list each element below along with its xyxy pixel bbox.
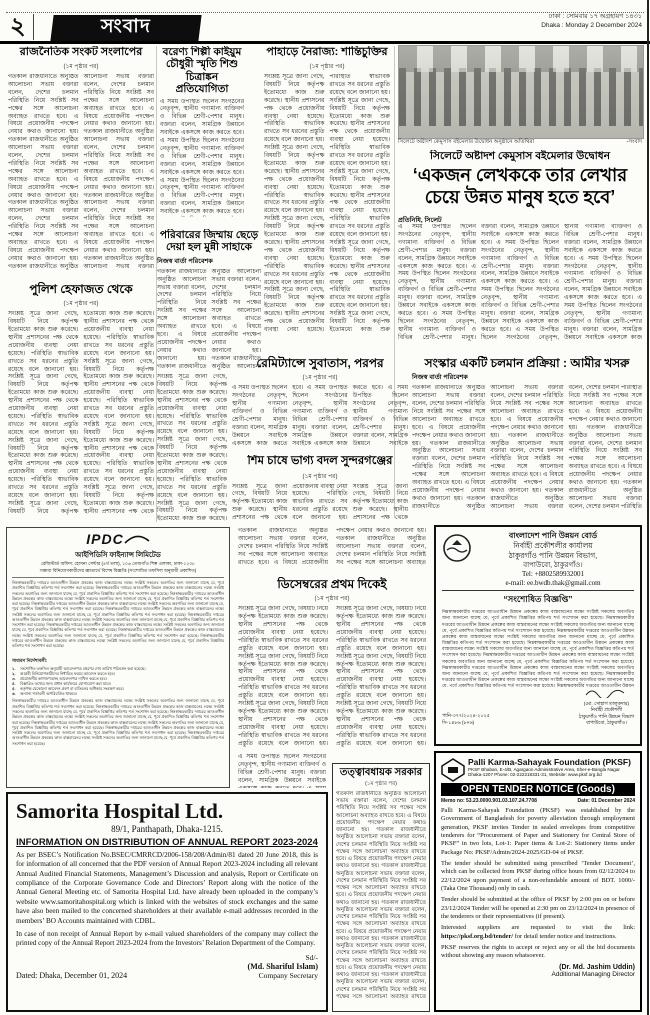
samorita-sd: Sd/- — [248, 953, 318, 962]
article-body: এ সময় উপস্থিত ছিলেন সংগঠনের নেতৃবৃন্দ, … — [232, 385, 408, 453]
ipdc-address: রেজিস্টার্ড অফিস: হোসনা সেন্টার (৪র্থ তল… — [12, 561, 224, 568]
pksf-signer-name: (Dr. Md. Jashim Uddin) — [441, 964, 635, 971]
ipdc-note: সম্ভাব্য বিনিয়োগকারীদের জ্ঞাতার্থে বিশে… — [12, 568, 224, 578]
ipdc-logo-text: IPDC — [86, 531, 123, 547]
bookfair-body: এ সময় উপস্থিত ছিলেন সংগঠনের নেতৃবৃন্দ, … — [398, 224, 642, 350]
samorita-signer-name: (Md. Shariful Islam) — [248, 962, 318, 971]
continued-from-note: (১ম পৃষ্ঠার পর) — [8, 61, 154, 72]
bwdb-org-name: বাংলাদেশ পানি উন্নয়ন বোর্ড — [472, 531, 634, 541]
article-political-crisis: রাজনৈতিক সংকট সংলাপের (১ম পৃষ্ঠার পর) গত… — [8, 46, 154, 276]
bwdb-logo-icon — [442, 533, 472, 563]
pksf-p4-post: for detail tender notice and instruction… — [513, 933, 616, 940]
samorita-paragraph-1: As per BSEC’s Notification No.BSEC/CMRRC… — [16, 851, 318, 926]
continued-from-note: (১ম পৃষ্ঠার পর) — [238, 593, 426, 604]
pksf-paragraph-3: Tender should be submitted at the office… — [441, 896, 635, 921]
samorita-address: 89/1, Panthapath, Dhaka-1215. — [16, 824, 318, 834]
continued-from-note: (১ম পৃষ্ঠার পর) — [232, 471, 408, 482]
continued-from-note: (১ম পৃষ্ঠার পর) — [264, 61, 390, 72]
samorita-title: Samorita Hospital Ltd. — [16, 799, 318, 824]
ipdc-logo: IPDC — [12, 531, 224, 549]
bwdb-ref-2: সি-১৪৮৬ (৮×৬) — [442, 721, 490, 728]
pksf-signature-block: (Dr. Md. Jashim Uddin) Additional Managi… — [441, 964, 635, 978]
bookfair-photo — [398, 45, 644, 139]
article-munni-saha: পরিবারের জিম্মায় ছেড়ে দেয়া হল মুন্নী … — [157, 229, 261, 375]
ipdc-company-name: আইপিডিসি ফাইন্যান্স লিমিটেড — [12, 549, 224, 561]
bwdb-phone: Tel: +8802589932001 — [472, 570, 634, 579]
article-lead-in: গতকাল রাজধানীতে অনুষ্ঠিত আলোচনা সভায় বক… — [238, 528, 426, 572]
samorita-paragraph-2: In case of non receipt of Annual Report … — [16, 930, 318, 949]
pksf-title: Palli Karma-Sahayak Foundation (PKSF) — [468, 757, 635, 767]
article-byline: নিজস্ব বার্তা পরিবেশক — [412, 372, 642, 383]
bwdb-ad: বাংলাদেশ পানি উন্নয়ন বোর্ড নির্বাহী প্র… — [434, 525, 642, 746]
article-headline: বরেণ্য শিল্পী কাইয়ুম চৌধুরী স্মৃতি শিশু… — [160, 46, 244, 96]
photo-caption-row: সিলেটে অষ্টাদশ কেমুসাস বইমেলার উদ্বোধন অ… — [398, 139, 642, 147]
pksf-memo-no: Memo no: 53.23.0000.901.03.107.24.7708 — [441, 798, 537, 804]
bwdb-header: বাংলাদেশ পানি উন্নয়ন বোর্ড নির্বাহী প্র… — [442, 531, 634, 588]
bwdb-notice-heading: “সংশোধিত বিজ্ঞপ্তি” — [442, 590, 634, 607]
article-headline: সংস্কার একটি চলমান প্রক্রিয়া : আমীর খসর… — [412, 356, 642, 370]
continued-from-note: (১ম পৃষ্ঠার পর) — [232, 372, 408, 383]
edition-dates: ঢাকা : সোমবার ১৭ অগ্রহায়ণ ১৪৩১ Dhaka : … — [442, 13, 642, 31]
article-body: গতকাল রাজধানীতে অনুষ্ঠিত আলোচনা সভায় বক… — [8, 74, 154, 276]
article-headline: রেমিট্যান্সে সুবাতাস, পরপর — [232, 356, 408, 370]
continued-from-note: (১ম পৃষ্ঠার পর) — [336, 781, 426, 789]
article-hill-anarchy: পাহাড়ে নৈরাজ্য: শান্তিচুক্তির (১ম পৃষ্ঠ… — [264, 46, 390, 342]
samorita-ad: Samorita Hospital Ltd. 89/1, Panthapath,… — [6, 792, 328, 1012]
article-body: এ সময় উপস্থিত ছিলেন সংগঠনের নেতৃবৃন্দ, … — [238, 754, 326, 788]
article-december-tail: এ সময় উপস্থিত ছিলেন সংগঠনের নেতৃবৃন্দ, … — [238, 754, 326, 788]
article-body: এ সময় উপস্থিত ছিলেন সংগঠনের নেতৃবৃন্দ, … — [160, 99, 244, 217]
newspaper-page: ২ সংবাদ ঢাকা : সোমবার ১৭ অগ্রহায়ণ ১৪৩১ … — [0, 0, 650, 1015]
pksf-notice-bar: OPEN TENDER NOTICE (Goods) — [441, 783, 635, 796]
pksf-p4-pre: Interested suppliers are requested to vi… — [441, 924, 635, 931]
ipdc-body-text: নিম্নস্বাক্ষরকারীর দপ্তরের আওতাধীন উন্নয… — [12, 580, 224, 656]
article-body: সংশ্লিষ্ট সূত্রে জানা গেছে, বিষয়টি নিয়… — [157, 374, 227, 522]
ipdc-subhead: সাধারণ নির্দেশাবলী: — [12, 658, 224, 665]
pksf-paragraph-5: PKSF reserves the rights to accept or re… — [441, 944, 635, 961]
article-police-custody: পুলিশ হেফাজত থেকে (১ম পৃষ্ঠার পর) সংশ্লি… — [8, 282, 154, 519]
masthead-title: সংবাদ — [101, 12, 151, 44]
photo-caption: সিলেটে অষ্টাদশ কেমুসাস বইমেলার উদ্বোধন অ… — [398, 139, 534, 147]
bookfair-kicker: সিলেটে অষ্টাদশ কেমুসাস বইমেলার উদ্বোধন — [398, 150, 642, 162]
article-body: সংশ্লিষ্ট সূত্রে জানা গেছে, বিষয়টি নিয়… — [232, 484, 408, 524]
article-reform-khasru: সংস্কার একটি চলমান প্রক্রিয়া : আমীর খসর… — [412, 356, 642, 517]
article-body: সংশ্লিষ্ট সূত্রে জানা গেছে, বিষয়টি নিয়… — [238, 606, 426, 754]
continued-from-note: (১ম পৃষ্ঠার পর) — [8, 298, 154, 309]
article-artist-competition: বরেণ্য শিল্পী কাইয়ুম চৌধুরী স্মৃতি শিশু… — [160, 46, 244, 217]
article-body: সংশ্লিষ্ট সূত্রে জানা গেছে, বিষয়টি নিয়… — [264, 74, 390, 342]
bwdb-signature-block: (মো. সোহাগ তালুকদার) নির্বাহী প্রকৌশলী ঠ… — [579, 689, 634, 727]
masthead-logo: সংবাদ — [50, 15, 201, 41]
article-body: সংশ্লিষ্ট সূত্রে জানা গেছে, বিষয়টি নিয়… — [8, 311, 154, 519]
samorita-signature-block: Sd/- (Md. Shariful Islam) Company Secret… — [248, 953, 318, 980]
pksf-tender-link[interactable]: https://pksf.org.bd/tender/ — [441, 933, 513, 940]
bwdb-email-link[interactable]: e-mail: ee.bwdb.thak@gmail.com — [472, 579, 634, 588]
samorita-signer-title: Company Secretary — [248, 971, 318, 980]
article-headline: শিম চাষে ভাগ্য বদল সুন্দরগঞ্জের — [232, 455, 408, 469]
bwdb-signer-location: বাপাউবো, ঠাকুরগাঁও। — [579, 721, 634, 727]
header-rule — [0, 41, 650, 44]
article-headline: রাজনৈতিক সংকট সংলাপের — [8, 46, 154, 59]
article-body: গতকাল রাজধানীতে অনুষ্ঠিত আলোচনা সভায় বক… — [412, 385, 642, 517]
samorita-heading: INFORMATION ON DISTRIBUTION OF ANNUAL RE… — [16, 837, 318, 848]
edition-date-en: Dhaka : Monday 2 December 2024 — [442, 22, 642, 31]
pksf-header: Palli Karma-Sahayak Foundation (PKSF) PK… — [441, 757, 635, 783]
bwdb-body-text: নিম্নস্বাক্ষরকারীর দপ্তরের আওতাধীন উন্নয… — [442, 609, 634, 687]
article-headline: ডিসেম্বরের প্রথম দিকেই — [238, 577, 426, 591]
pksf-signer-title: Additional Managing Director — [441, 971, 635, 978]
pksf-paragraph-2: The tender should be submitted using pre… — [441, 860, 635, 893]
article-byline: নিজস্ব বার্তা পরিবেশক — [157, 256, 261, 267]
pksf-address-2[interactable]: Dhaka-1207 Phone: 02-222218331-31, Websi… — [468, 772, 635, 777]
bwdb-office: নির্বাহী প্রকৌশলীর কার্যালয় — [472, 541, 634, 551]
bookfair-quote-headline: ‘একজন লেখককে তার লেখার চেয়ে উন্নত মানুষ… — [398, 165, 642, 209]
bwdb-reference-numbers: পানি-৩৭৭/২০২৪-২০২৫ সি-১৪৮৬ (৮×৬) — [442, 714, 490, 727]
samorita-dated: Dated: Dhaka, December 01, 2024 — [16, 971, 127, 980]
pksf-logo-icon — [441, 758, 465, 782]
page-number: ২ — [10, 14, 34, 40]
article-december: গতকাল রাজধানীতে অনুষ্ঠিত আলোচনা সভায় বক… — [238, 528, 426, 754]
pksf-paragraph-4: Interested suppliers are requested to vi… — [441, 924, 635, 941]
article-caretaker-box: তত্ত্বাবধায়ক সরকার (১ম পৃষ্ঠার পর) গতকা… — [332, 763, 430, 1012]
pksf-memo-date: Date: 01 December 2024 — [577, 798, 635, 804]
ipdc-swoosh-icon — [124, 535, 150, 545]
pksf-tender-ad: Palli Karma-Sahayak Foundation (PKSF) PK… — [434, 751, 642, 1012]
photo-credit: -সংবাদ — [627, 139, 642, 147]
article-bean-farming: শিম চাষে ভাগ্য বদল সুন্দরগঞ্জের (১ম পৃষ্… — [232, 455, 408, 524]
list-number: ৬. — [12, 691, 18, 696]
bwdb-ref-1: পানি-৩৭৭/২০২৪-২০২৫ — [442, 714, 490, 721]
bwdb-division: ঠাকুরগাঁও পানি উন্নয়ন বিভাগ, — [472, 551, 634, 561]
ipdc-body-text-2: নিম্নস্বাক্ষরকারীর দপ্তরের আওতাধীন উন্নয… — [12, 698, 224, 754]
article-headline: তত্ত্বাবধায়ক সরকার — [336, 767, 426, 779]
bwdb-location: বাপাউবো, ঠাকুরগাঁও। — [472, 561, 634, 570]
ipdc-ad: IPDC আইপিডিসি ফাইন্যান্স লিমিটেড রেজিস্ট… — [6, 527, 230, 788]
article-remittance: রেমিট্যান্সে সুবাতাস, পরপর (১ম পৃষ্ঠার প… — [232, 356, 408, 453]
edition-date-bn: ঢাকা : সোমবার ১৭ অগ্রহায়ণ ১৪৩১ — [442, 13, 642, 22]
signature-squiggle-icon — [584, 689, 628, 698]
article-headline: পাহাড়ে নৈরাজ্য: শান্তিচুক্তির — [264, 46, 390, 59]
article-headline: পরিবারের জিম্মায় ছেড়ে দেয়া হল মুন্নী … — [157, 229, 261, 254]
continuation-column: সংশ্লিষ্ট সূত্রে জানা গেছে, বিষয়টি নিয়… — [157, 374, 227, 522]
ipdc-list-item: ৬.অন্যান্য শর্তাবলী অপরিবর্তিত থাকবে। — [12, 691, 224, 696]
page-trim-rule — [647, 0, 649, 1015]
list-text: অন্যান্য শর্তাবলী অপরিবর্তিত থাকবে। — [20, 691, 77, 696]
pksf-paragraph-1: Palli Karma-Sahayak Foundation (PKSF) wa… — [441, 807, 635, 857]
article-body: গতকাল রাজধানীতে অনুষ্ঠিত আলোচনা সভায় বক… — [336, 791, 426, 999]
article-headline: পুলিশ হেফাজত থেকে — [8, 282, 154, 296]
